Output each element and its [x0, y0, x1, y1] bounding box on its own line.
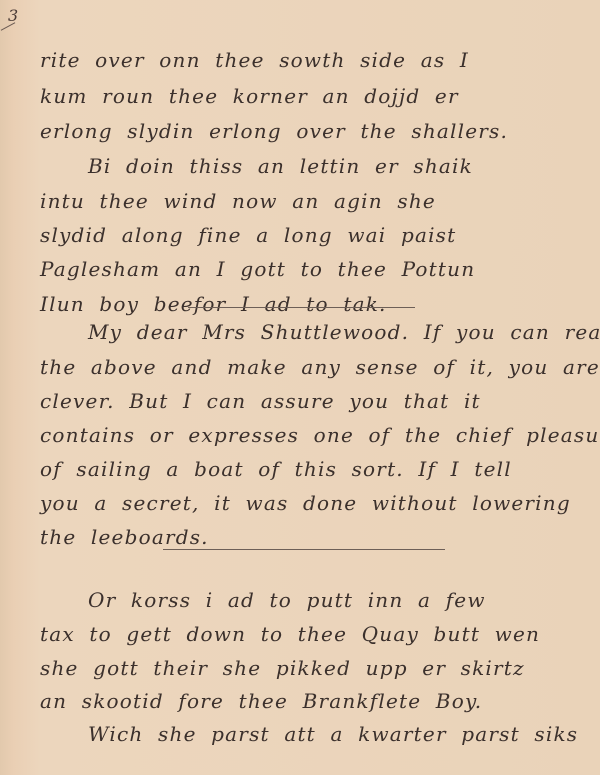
text-line: the leeboards. — [40, 525, 209, 549]
text-line: intu thee wind now an agin she — [40, 189, 436, 213]
text-line: tax to gett down to thee Quay butt wen — [40, 622, 540, 646]
text-line: contains or expresses one of the chief p… — [40, 423, 600, 447]
text-line: Paglesham an I gott to thee Pottun — [40, 257, 475, 281]
text-line: Wich she parst att a kwarter parst siks — [88, 722, 578, 746]
text-line: My dear Mrs Shuttlewood. If you can read — [88, 320, 600, 344]
divider-rule — [163, 549, 445, 550]
text-line: she gott their she pikked upp er skirtz — [40, 656, 525, 680]
text-line: slydid along fine a long wai paist — [40, 223, 456, 247]
text-line: clever. But I can assure you that it — [40, 389, 481, 413]
text-line: Or korss i ad to putt inn a few — [88, 588, 486, 612]
text-line: kum roun thee korner an dojjd er — [40, 84, 459, 108]
text-line: Bi doin thiss an lettin er shaik — [88, 154, 473, 178]
divider-rule — [188, 307, 415, 308]
text-line: erlong slydin erlong over the shallers. — [40, 119, 508, 143]
text-line: you a secret, it was done without loweri… — [40, 491, 571, 515]
text-line: an skootid fore thee Brankflete Boy. — [40, 689, 482, 713]
text-line: rite over onn thee sowth side as I — [40, 48, 469, 72]
text-line: of sailing a boat of this sort. If I tel… — [40, 457, 512, 481]
text-line: Ilun boy beefor I ad to tak. — [40, 292, 387, 316]
text-line: the above and make any sense of it, you … — [40, 355, 600, 379]
